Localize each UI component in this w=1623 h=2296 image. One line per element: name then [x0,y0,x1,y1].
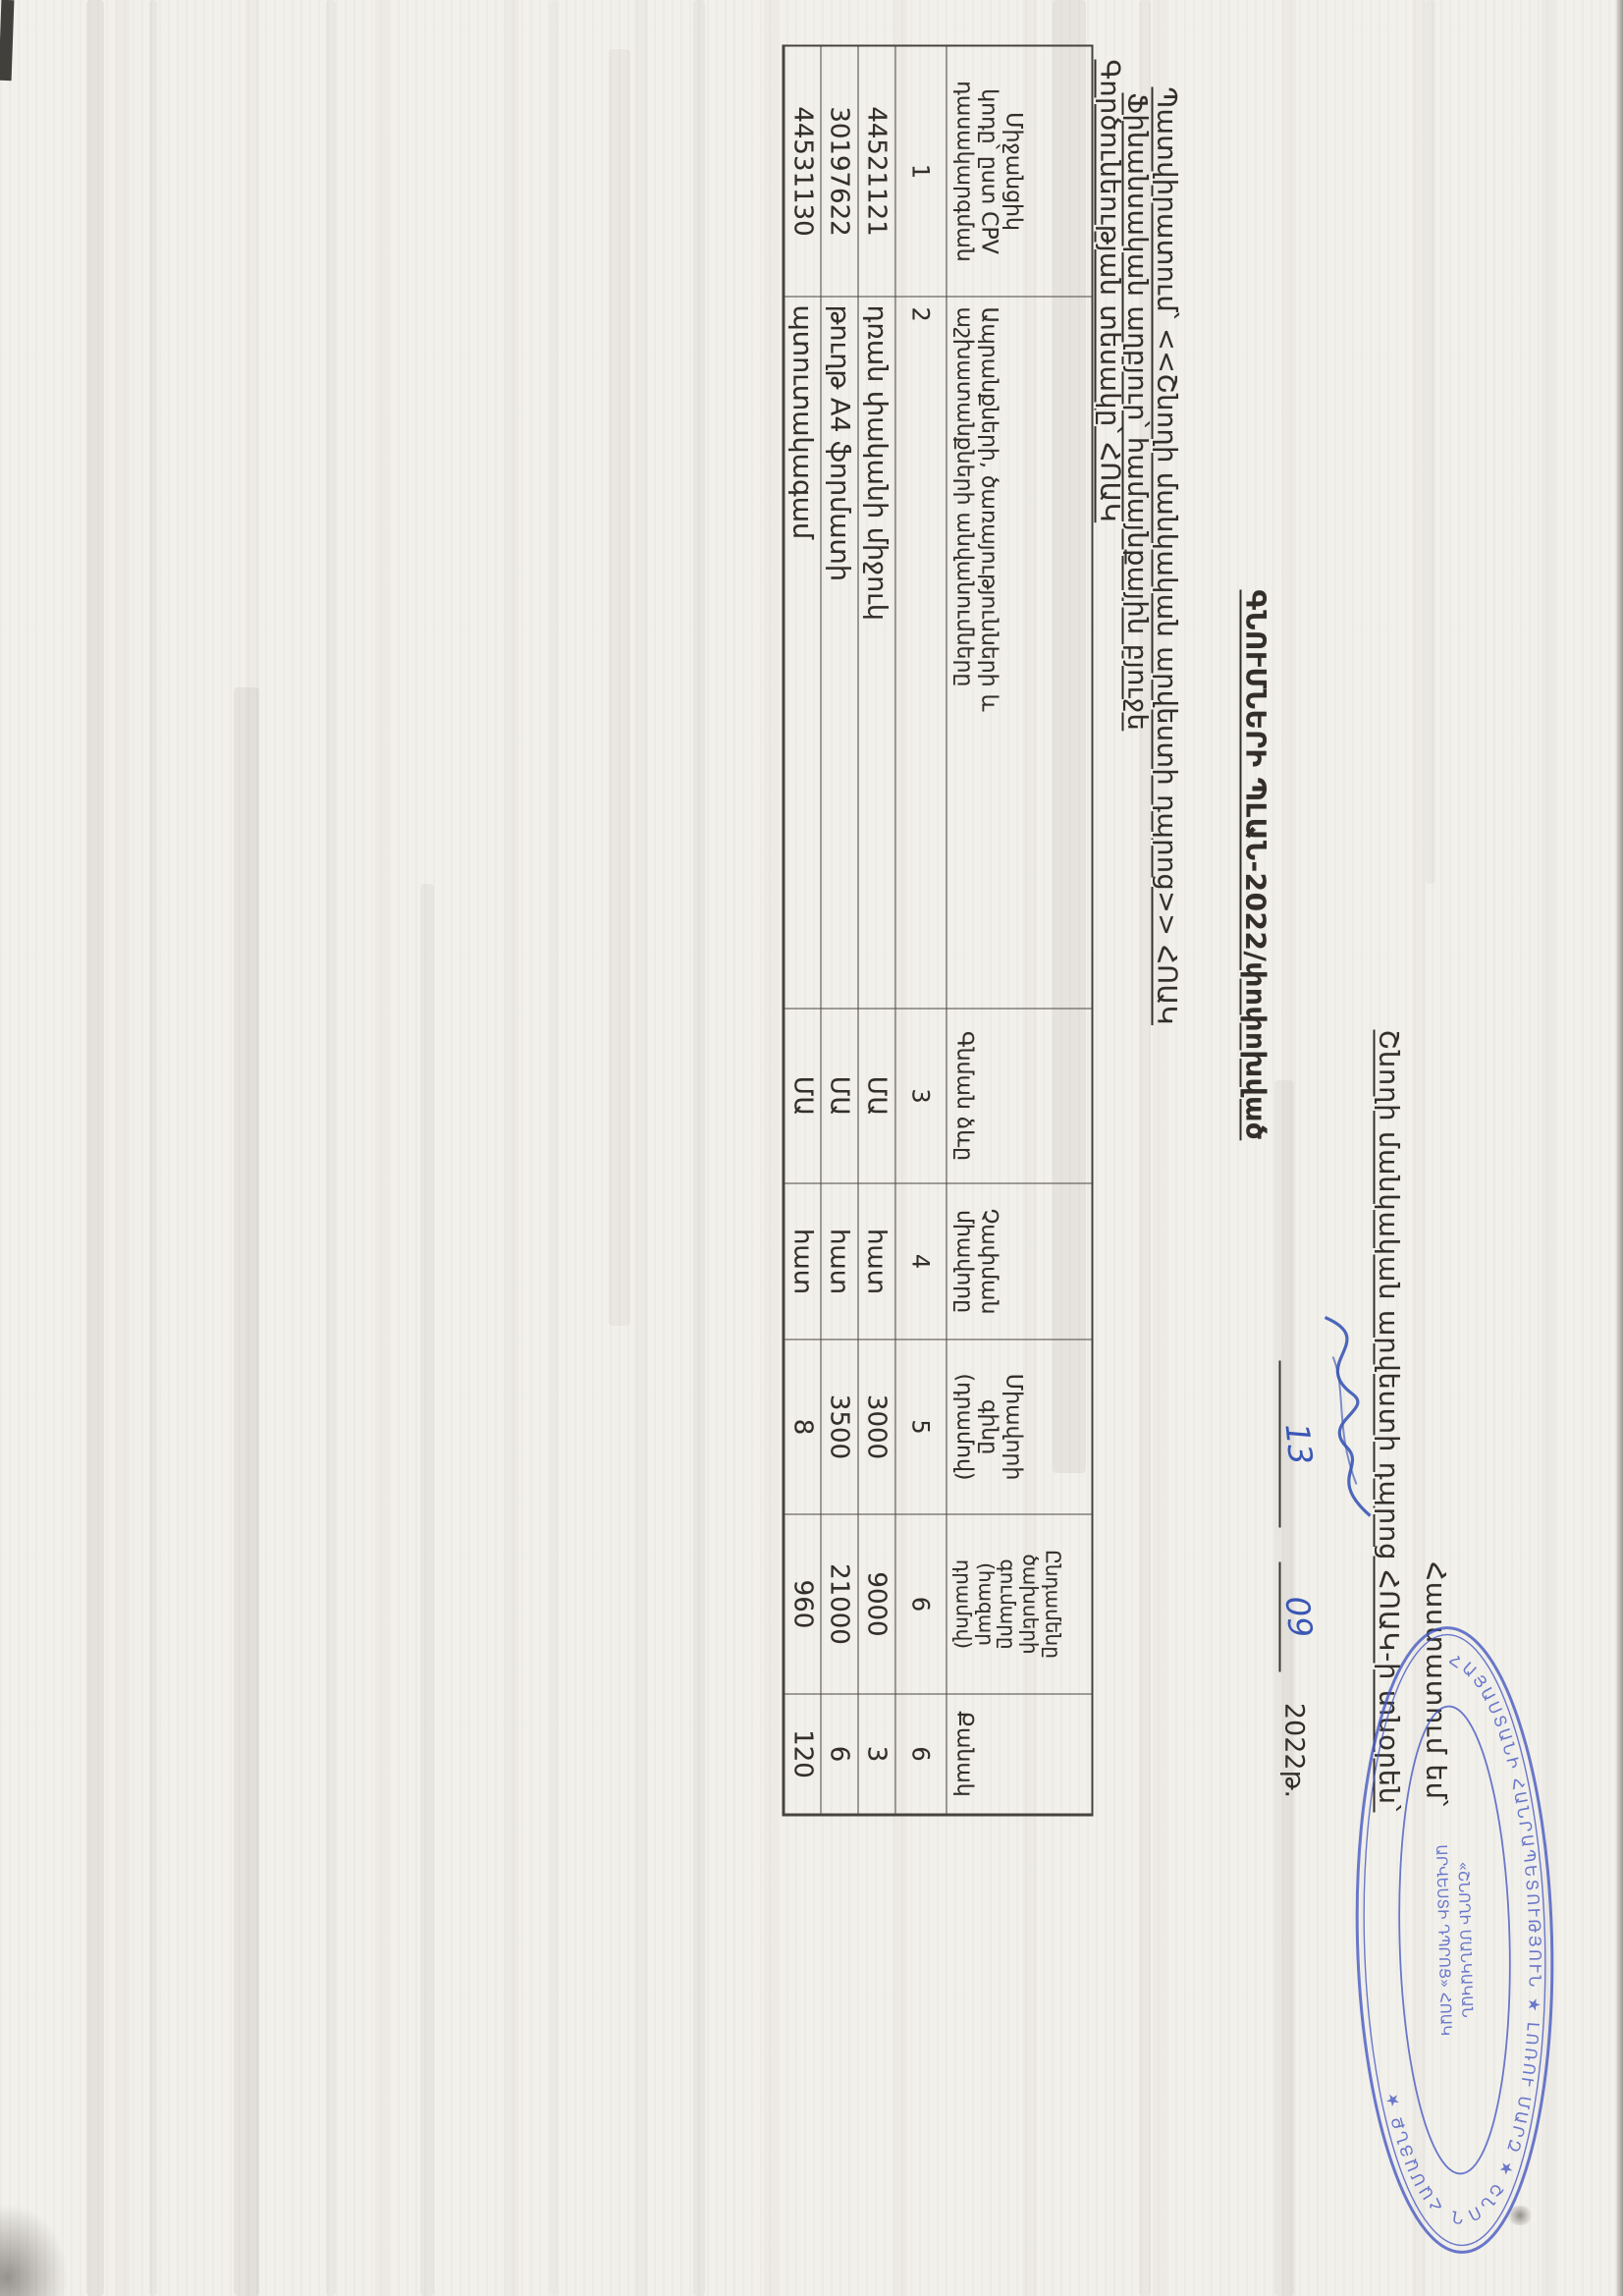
funding-source-line: Ֆինանսական աղբյուր՝ համայնքային բյուջե [1121,92,1152,731]
row3-total: 960 [784,1514,820,1694]
colnum-4: 4 [894,1183,946,1339]
colnum-6: 6 [894,1514,946,1694]
colnum-2: 2 [894,297,946,1009]
row2-name: թուղթ A4 ֆորմատի [820,297,857,1009]
row2-qty: 6 [820,1694,857,1814]
row3-qty: 120 [784,1694,820,1814]
row3-unit: հատ [784,1183,820,1339]
document-content-rotated: Հաստատում եմ՝ Շնողի մանկական արվեստի դպր… [0,0,1623,2296]
signature-handwriting [1299,1311,1385,1522]
row2-unit: հատ [820,1183,857,1339]
colnum-5: 5 [894,1339,946,1514]
header-cpv-code: Միջանցիկ կոդը՝ ըստ CPV դասակարգման [946,46,1091,297]
row1-price: 3000 [857,1339,894,1514]
colnum-1: 1 [894,46,946,297]
row3-form: ՄԱ [784,1009,820,1183]
date-month-handwritten: 09 [1286,1595,1310,1638]
colnum-7: 6 [894,1694,946,1814]
customer-line: Պատվիրատում՝ <<Շնողի մանկական արվեստի դպ… [1151,86,1181,1025]
row3-cpv: 44531130 [784,46,820,297]
header-item-name: Ապրանքների, ծառայությունների և աշխատանքն… [946,297,1091,1009]
row3-name: պտուտակագամ [784,297,820,1009]
row1-unit: հատ [857,1183,894,1339]
row2-cpv: 30197622 [820,46,857,297]
row1-cpv: 44521121 [857,46,894,297]
header-total-amount: Ընդամենը ծախսերի գումարը (հազար դրամով) [946,1514,1091,1694]
approval-date-line: 13 09 2022թ. [1278,1360,1311,1798]
date-day-blank: 13 [1278,1360,1311,1527]
row3-price: 8 [784,1339,820,1514]
procurement-plan-table: Միջանցիկ կոդը՝ ըստ CPV դասակարգման Ապրան… [782,44,1093,1816]
date-day-handwritten: 13 [1286,1422,1310,1465]
official-stamp: ՀԱՅԱՍՏԱՆԻ ՀԱՆՐԱՊԵՏՈՒԹՅՈՒՆ ★ ԼՈՌՈՒ ՄԱՐԶ ★… [1344,1617,1565,2261]
stamp-center-line2: ԱՐՎԵՍՏԻ ԴՊՐՈՑ» ՀՈԱԿ [1432,1844,1454,2036]
row1-name: դռան փականի միջուկ [857,297,894,1009]
activity-type-line: Գործունեության տեսակը՝ ՀՈԱԿ [1094,59,1124,522]
scanned-document-page: Հաստատում եմ՝ Շնողի մանկական արվեստի դպր… [0,0,1623,2296]
date-year: 2022թ. [1278,1702,1309,1797]
row2-price: 3500 [820,1339,857,1514]
stamp-center-line1: «ՇՆՈՂԻ ՄԱՆԿԱԿԱՆ [1454,1861,1476,2018]
header-measure-unit: Չափման միավորը [946,1183,1091,1339]
row2-form: ՄԱ [820,1009,857,1183]
document-title: ԳՆՈՒՄՆԵՐԻ ՊԼԱՆ-2022/փոփոխված [1239,589,1271,1100]
header-unit-price: Միավորի գինը (դրամով) [946,1339,1091,1514]
date-month-blank: 09 [1278,1561,1311,1671]
row1-total: 9000 [857,1514,894,1694]
row1-qty: 3 [857,1694,894,1814]
header-procurement-form: Գնման ձևը [946,1009,1091,1183]
row2-total: 21000 [820,1514,857,1694]
row1-form: ՄԱ [857,1009,894,1183]
header-quantity: Քանակ [946,1694,1091,1814]
colnum-3: 3 [894,1009,946,1183]
